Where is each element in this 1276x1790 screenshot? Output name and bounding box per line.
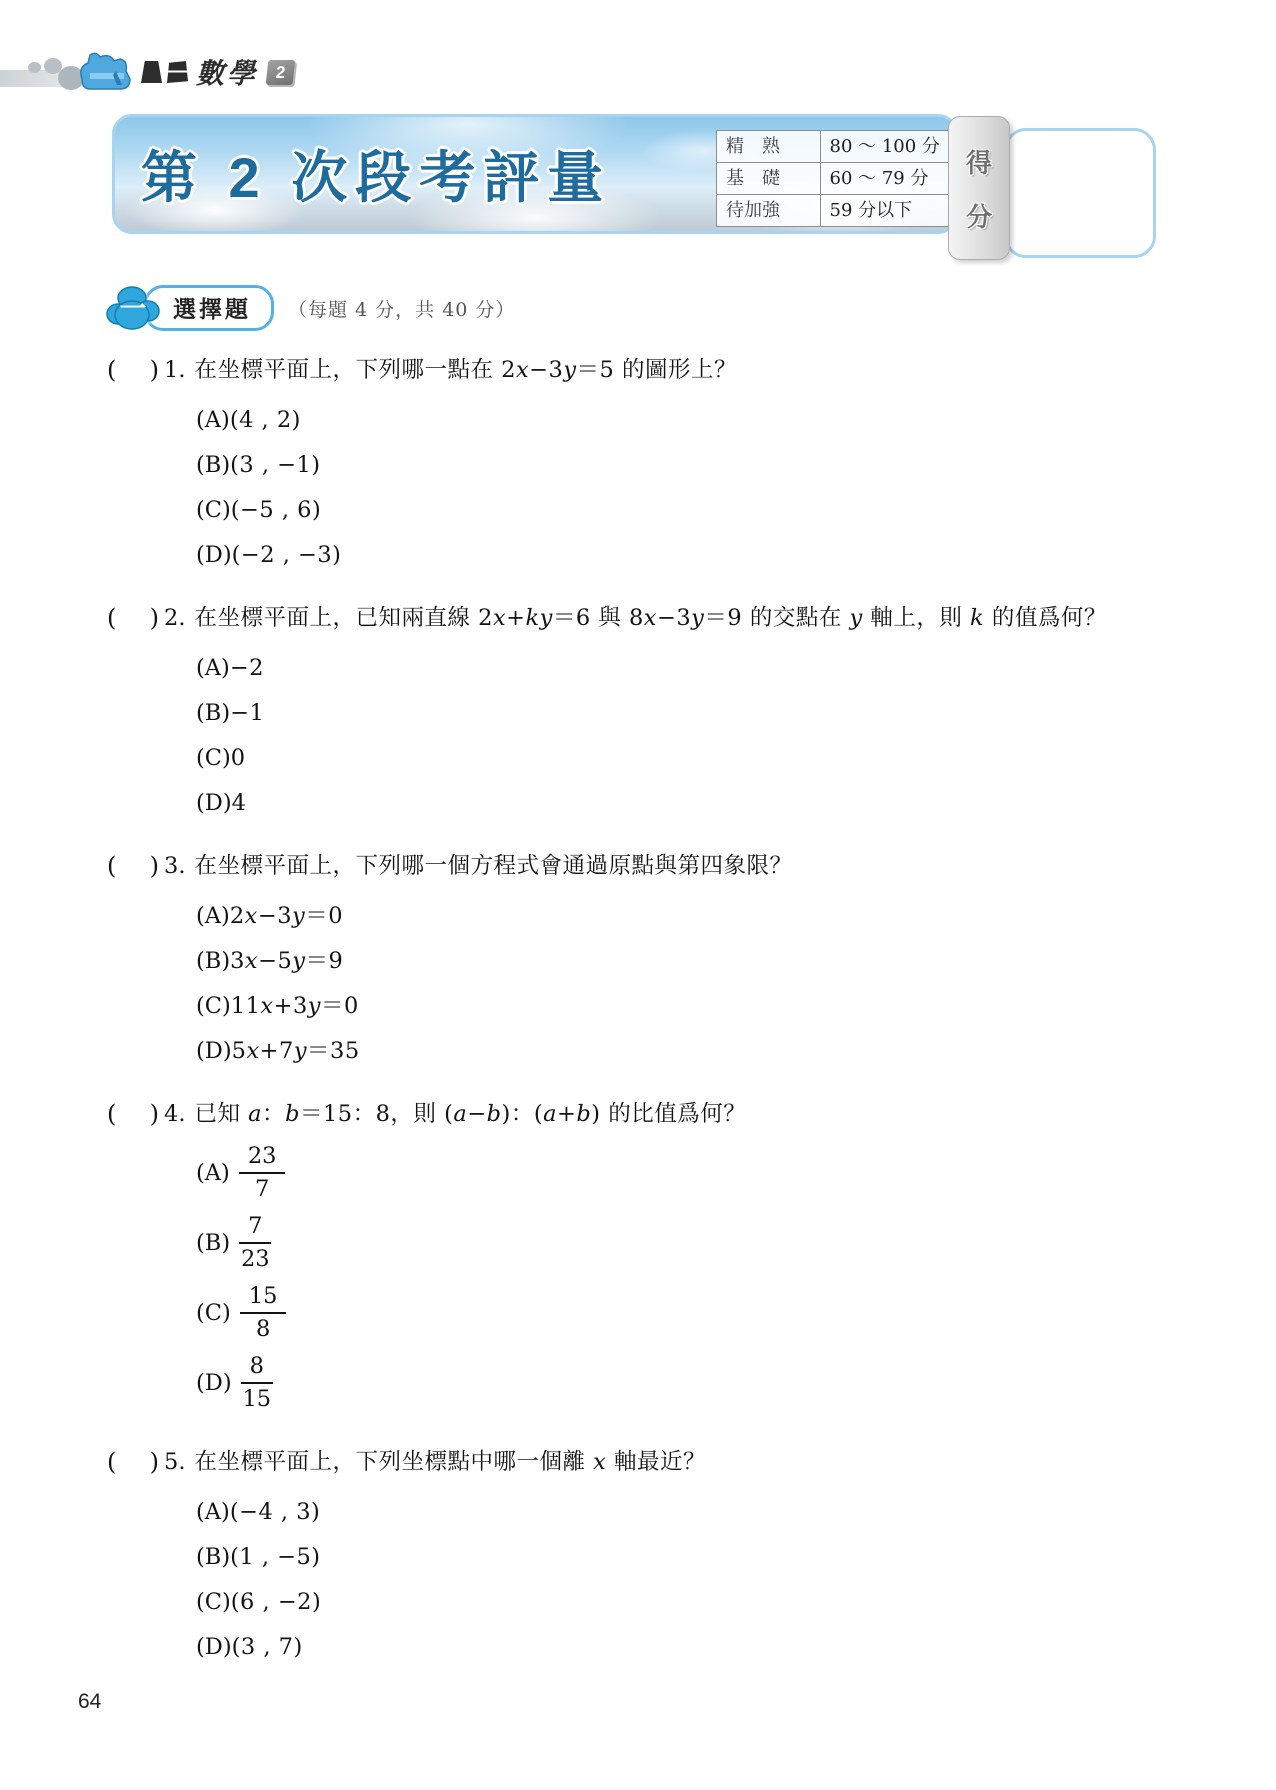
fraction-numerator: 8 bbox=[241, 1353, 273, 1384]
option-row: (C) (6 , −2) bbox=[107, 1587, 1178, 1617]
option-row: (A) (−4 , 3) bbox=[107, 1497, 1178, 1527]
option-label: (B) bbox=[196, 946, 230, 976]
answer-paren-close: ) bbox=[150, 350, 159, 390]
option-fraction: 15 8 bbox=[240, 1283, 287, 1344]
option-value: 4 bbox=[232, 788, 247, 818]
grading-scale-row: 基 礎 60 ～ 79 分 bbox=[717, 163, 955, 195]
option-row: (D) (−2 , −3) bbox=[107, 540, 1178, 570]
option-label: (B) bbox=[196, 450, 230, 480]
grading-scale-rows: 精 熟 80 ～ 100 分 基 礎 60 ～ 79 分 待加強 59 分以下 bbox=[717, 131, 955, 227]
grade-range: 60 ～ 79 分 bbox=[820, 163, 955, 195]
question-text: 在坐標平面上，下列哪一個方程式會通過原點與第四象限？ bbox=[194, 846, 1178, 886]
question-number: 5. bbox=[164, 1442, 185, 1482]
option-list: (A) (4 , 2) (B) (3 , −1) (C) (−5 , 6) (D… bbox=[107, 405, 1178, 570]
answer-blank: ( ) bbox=[107, 598, 159, 638]
option-value: 0 bbox=[231, 743, 246, 773]
question-number: 3. bbox=[164, 846, 185, 886]
score-label-tab: 得 分 bbox=[948, 116, 1010, 260]
fraction-numerator: 23 bbox=[239, 1143, 286, 1174]
question-number: 4. bbox=[164, 1094, 185, 1134]
option-value: (−4 , 3) bbox=[230, 1497, 321, 1527]
answer-paren-open: ( bbox=[107, 350, 116, 390]
option-value: (3 , 7) bbox=[232, 1632, 303, 1662]
option-label: (D) bbox=[196, 1632, 232, 1662]
option-label: (A) bbox=[196, 1158, 230, 1188]
grade-level: 待加強 bbox=[717, 195, 821, 227]
answer-blank: ( ) bbox=[107, 846, 159, 886]
cloud-badge-icon: 一 bbox=[104, 283, 162, 333]
question: ( ) 3. 在坐標平面上，下列哪一個方程式會通過原點與第四象限？ (A) 2x… bbox=[107, 846, 1178, 1066]
option-fraction: 8 15 bbox=[241, 1353, 273, 1414]
question-head: ( ) 3. 在坐標平面上，下列哪一個方程式會通過原點與第四象限？ bbox=[107, 846, 1178, 886]
question-text: 在坐標平面上，已知兩直線 2x+ky＝6 與 8x−3y＝9 的交點在 y 軸上… bbox=[194, 598, 1178, 638]
brand-logo: 數學 2 bbox=[76, 48, 294, 96]
option-list: (A) −2 (B) −1 (C) 0 (D) 4 bbox=[107, 653, 1178, 818]
option-row: (A) −2 bbox=[107, 653, 1178, 683]
option-label: (A) bbox=[196, 405, 230, 435]
question-number: 1. bbox=[164, 350, 185, 390]
option-label: (C) bbox=[196, 1298, 231, 1328]
option-value: (3 , −1) bbox=[230, 450, 321, 480]
option-value: 3x−5y＝9 bbox=[230, 946, 343, 976]
grading-scale-table: 精 熟 80 ～ 100 分 基 礎 60 ～ 79 分 待加強 59 分以下 bbox=[716, 130, 955, 227]
logo-glyph-icon bbox=[141, 61, 162, 83]
answer-blank: ( ) bbox=[107, 1442, 159, 1482]
option-label: (C) bbox=[196, 1587, 231, 1617]
logo-series-label: 數學 bbox=[196, 52, 258, 92]
option-row: (C) 11x+3y＝0 bbox=[107, 991, 1178, 1021]
option-value: (−2 , −3) bbox=[232, 540, 342, 570]
question-text: 在坐標平面上，下列坐標點中哪一個離 x 軸最近？ bbox=[194, 1442, 1178, 1482]
logo-volume-badge: 2 bbox=[266, 60, 296, 85]
score-label-char: 分 bbox=[966, 197, 992, 234]
option-row: (B) 3x−5y＝9 bbox=[107, 946, 1178, 976]
option-list: (A) 23 7 (B) 7 23 (C) 15 8 (D) 8 15 bbox=[107, 1143, 1178, 1414]
grade-range: 59 分以下 bbox=[820, 195, 955, 227]
option-label: (D) bbox=[196, 1368, 232, 1398]
score-entry-box bbox=[1004, 128, 1156, 258]
grade-level: 基 礎 bbox=[717, 163, 821, 195]
option-row: (C) 15 8 bbox=[107, 1283, 1178, 1344]
section-heading: 一 選擇題 （每題 4 分，共 40 分） bbox=[104, 283, 515, 333]
option-label: (D) bbox=[196, 788, 232, 818]
question-head: ( ) 1. 在坐標平面上，下列哪一點在 2x−3y＝5 的圖形上？ bbox=[107, 350, 1178, 390]
question-number: 2. bbox=[164, 598, 185, 638]
option-value: 11x+3y＝0 bbox=[231, 991, 359, 1021]
question: ( ) 4. 已知 a：b＝15：8，則 (a−b)：(a+b) 的比值爲何？ … bbox=[107, 1094, 1178, 1414]
option-value: (6 , −2) bbox=[231, 1587, 322, 1617]
fraction-denominator: 8 bbox=[240, 1314, 287, 1343]
option-fraction: 23 7 bbox=[239, 1143, 286, 1204]
section-note: （每題 4 分，共 40 分） bbox=[288, 295, 515, 322]
grading-scale-row: 精 熟 80 ～ 100 分 bbox=[717, 131, 955, 163]
question: ( ) 5. 在坐標平面上，下列坐標點中哪一個離 x 軸最近？ (A) (−4 … bbox=[107, 1442, 1178, 1662]
fraction-denominator: 23 bbox=[239, 1244, 271, 1273]
option-label: (C) bbox=[196, 991, 231, 1021]
section-number: 一 bbox=[104, 283, 162, 333]
option-row: (C) (−5 , 6) bbox=[107, 495, 1178, 525]
option-row: (B) −1 bbox=[107, 698, 1178, 728]
option-row: (D) (3 , 7) bbox=[107, 1632, 1178, 1662]
answer-paren-close: ) bbox=[150, 1442, 159, 1482]
option-label: (D) bbox=[196, 1036, 232, 1066]
question-list: ( ) 1. 在坐標平面上，下列哪一點在 2x−3y＝5 的圖形上？ (A) (… bbox=[107, 336, 1178, 1690]
option-row: (B) (1 , −5) bbox=[107, 1542, 1178, 1572]
answer-paren-open: ( bbox=[107, 846, 116, 886]
logo-glyph-icon bbox=[167, 61, 188, 83]
question-text: 已知 a：b＝15：8，則 (a−b)：(a+b) 的比值爲何？ bbox=[194, 1094, 1178, 1134]
option-label: (A) bbox=[196, 901, 230, 931]
fraction-numerator: 7 bbox=[239, 1213, 271, 1244]
title-banner: 第 2 次段考評量 精 熟 80 ～ 100 分 基 礎 60 ～ 79 分 待… bbox=[112, 114, 958, 234]
option-row: (D) 8 15 bbox=[107, 1353, 1178, 1414]
question: ( ) 2. 在坐標平面上，已知兩直線 2x+ky＝6 與 8x−3y＝9 的交… bbox=[107, 598, 1178, 818]
question-head: ( ) 2. 在坐標平面上，已知兩直線 2x+ky＝6 與 8x−3y＝9 的交… bbox=[107, 598, 1178, 638]
option-value: 5x+7y＝35 bbox=[232, 1036, 360, 1066]
option-row: (C) 0 bbox=[107, 743, 1178, 773]
option-list: (A) (−4 , 3) (B) (1 , −5) (C) (6 , −2) (… bbox=[107, 1497, 1178, 1662]
option-label: (C) bbox=[196, 743, 231, 773]
option-list: (A) 2x−3y＝0 (B) 3x−5y＝9 (C) 11x+3y＝0 (D)… bbox=[107, 901, 1178, 1066]
option-label: (B) bbox=[196, 698, 230, 728]
grade-level: 精 熟 bbox=[717, 131, 821, 163]
answer-blank: ( ) bbox=[107, 1094, 159, 1134]
option-row: (A) 2x−3y＝0 bbox=[107, 901, 1178, 931]
option-row: (B) (3 , −1) bbox=[107, 450, 1178, 480]
option-row: (B) 7 23 bbox=[107, 1213, 1178, 1274]
answer-paren-open: ( bbox=[107, 598, 116, 638]
question-text: 在坐標平面上，下列哪一點在 2x−3y＝5 的圖形上？ bbox=[194, 350, 1178, 390]
option-value: (1 , −5) bbox=[230, 1542, 321, 1572]
answer-paren-close: ) bbox=[150, 1094, 159, 1134]
option-fraction: 7 23 bbox=[239, 1213, 271, 1274]
grading-scale-row: 待加強 59 分以下 bbox=[717, 195, 955, 227]
option-value: −1 bbox=[230, 698, 264, 728]
option-label: (B) bbox=[196, 1542, 230, 1572]
option-row: (D) 4 bbox=[107, 788, 1178, 818]
question-head: ( ) 5. 在坐標平面上，下列坐標點中哪一個離 x 軸最近？ bbox=[107, 1442, 1178, 1482]
option-label: (D) bbox=[196, 540, 232, 570]
option-label: (A) bbox=[196, 1497, 230, 1527]
answer-paren-close: ) bbox=[150, 846, 159, 886]
page-title: 第 2 次段考評量 bbox=[141, 134, 611, 214]
answer-paren-close: ) bbox=[150, 598, 159, 638]
option-label: (A) bbox=[196, 653, 230, 683]
option-value: (4 , 2) bbox=[230, 405, 301, 435]
option-value: −2 bbox=[230, 653, 264, 683]
option-value: (−5 , 6) bbox=[231, 495, 322, 525]
answer-paren-open: ( bbox=[107, 1094, 116, 1134]
fraction-denominator: 7 bbox=[239, 1174, 286, 1203]
option-row: (D) 5x+7y＝35 bbox=[107, 1036, 1178, 1066]
mascot-icon bbox=[76, 49, 136, 95]
exam-page: 數學 2 第 2 次段考評量 精 熟 80 ～ 100 分 基 礎 60 ～ 7… bbox=[0, 0, 1276, 1790]
answer-paren-open: ( bbox=[107, 1442, 116, 1482]
question: ( ) 1. 在坐標平面上，下列哪一點在 2x−3y＝5 的圖形上？ (A) (… bbox=[107, 350, 1178, 570]
page-number: 64 bbox=[78, 1690, 101, 1714]
fraction-numerator: 15 bbox=[240, 1283, 287, 1314]
score-label-char: 得 bbox=[966, 143, 992, 180]
option-row: (A) (4 , 2) bbox=[107, 405, 1178, 435]
section-title: 選擇題 bbox=[144, 285, 274, 331]
decorative-puff bbox=[28, 62, 41, 73]
answer-blank: ( ) bbox=[107, 350, 159, 390]
option-row: (A) 23 7 bbox=[107, 1143, 1178, 1204]
option-label: (C) bbox=[196, 495, 231, 525]
grade-range: 80 ～ 100 分 bbox=[820, 131, 955, 163]
question-head: ( ) 4. 已知 a：b＝15：8，則 (a−b)：(a+b) 的比值爲何？ bbox=[107, 1094, 1178, 1134]
option-label: (B) bbox=[196, 1228, 230, 1258]
fraction-denominator: 15 bbox=[241, 1384, 273, 1413]
option-value: 2x−3y＝0 bbox=[230, 901, 343, 931]
